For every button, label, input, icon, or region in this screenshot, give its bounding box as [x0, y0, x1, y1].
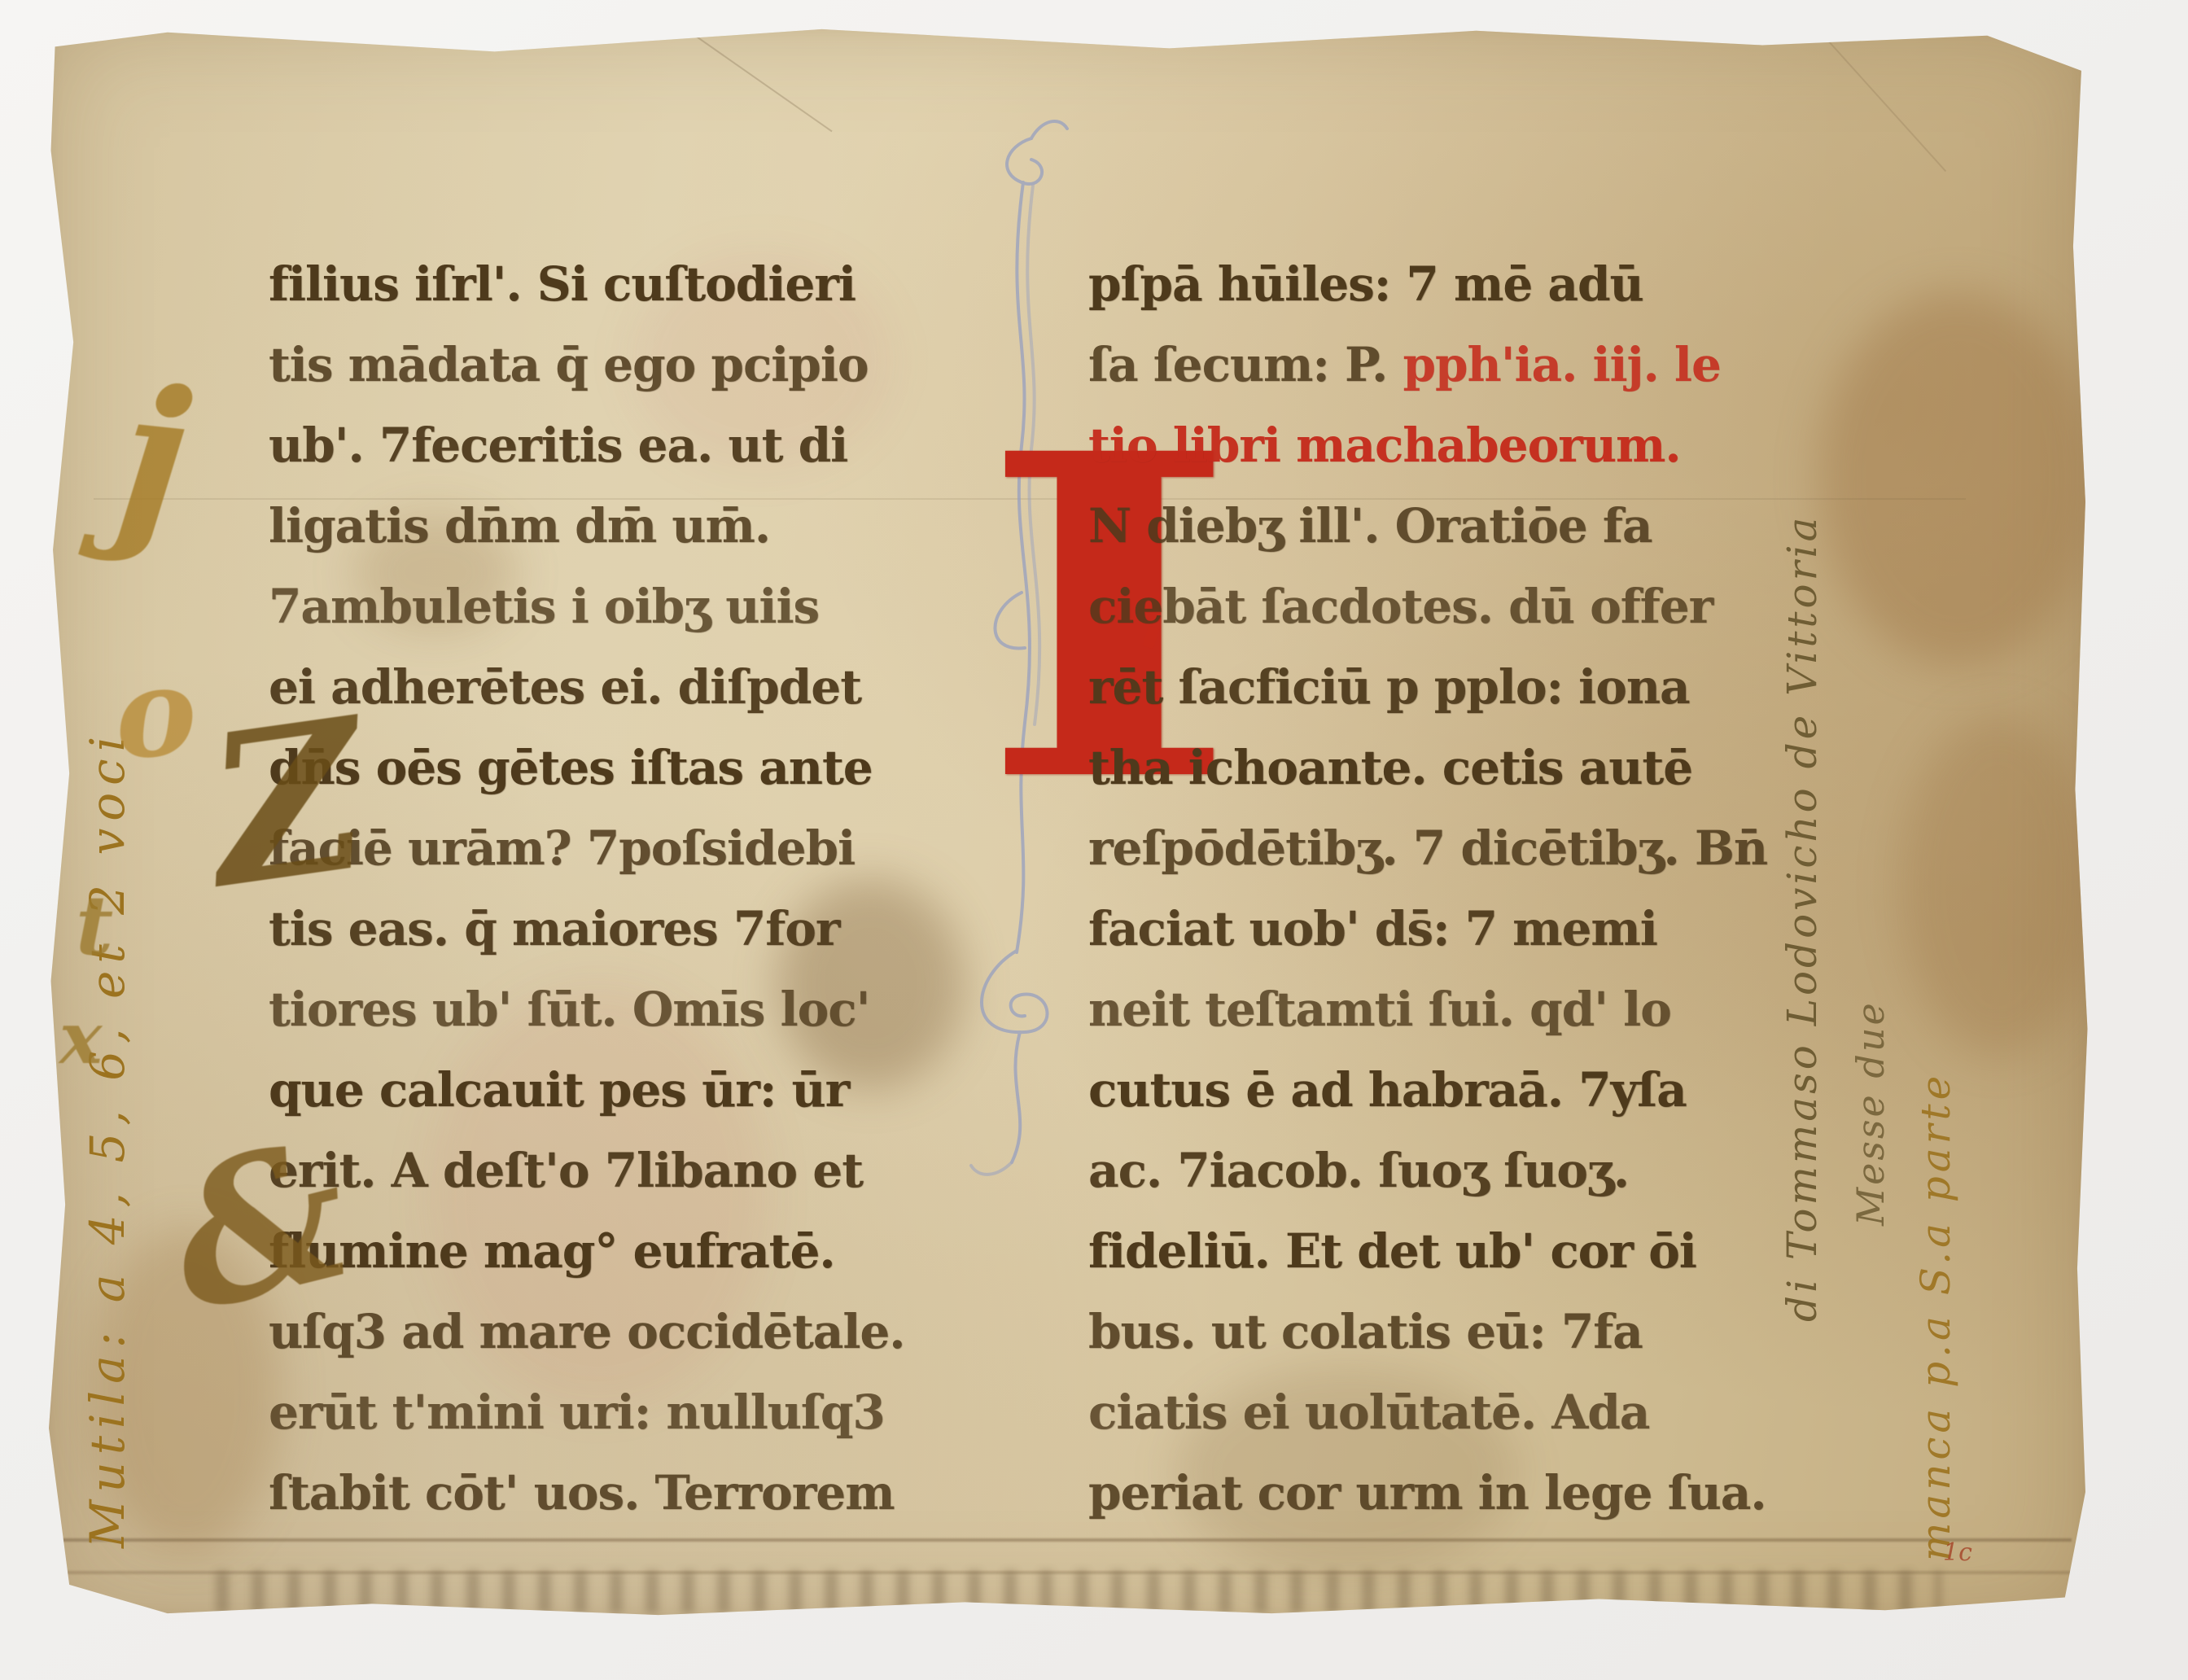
body-text: faciat uob' ds̄: 7 memi: [1088, 901, 1657, 956]
manuscript-leaf: I filius iſrl'. Si cuſtodieritis mādata …: [45, 23, 2090, 1620]
manuscript-line: 7ambuletis i oibʒ uiis: [269, 567, 985, 647]
manuscript-line: ligatis dn̄m dm̄ um̄.: [269, 486, 985, 567]
manuscript-line: ſa ſecum: P. pph'ia. iij. le: [1088, 325, 1862, 405]
pen-trial-squiggle: o: [110, 639, 201, 788]
crease-line: [551, 0, 832, 132]
body-text: neit teſtamti ſui. qd' lo: [1088, 982, 1671, 1037]
manuscript-line: ciatis ei uolūtatē. Ada: [1088, 1372, 1862, 1453]
body-text: ſa ſecum: P.: [1088, 337, 1387, 392]
rubric-text: tio libri machabeorum.: [1088, 418, 1681, 473]
manuscript-line: periat cor urm in lege ſua.: [1088, 1453, 1862, 1533]
body-text: ciatis ei uolūtatē. Ada: [1088, 1385, 1649, 1440]
body-text: fideliū. Et det ub' cor ōi: [1088, 1223, 1696, 1279]
manuscript-line: tis mādata q̄ ego pcipio: [269, 325, 985, 405]
body-text: tha ichoante. cetis autē: [1088, 740, 1692, 795]
manuscript-line: ciebāt ſacdotes. dū offer: [1088, 567, 1862, 647]
manuscript-line: dn̄s oēs gētes iſtas ante: [269, 728, 985, 808]
text-column-right: pſpā hūiles: 7 mē adūſa ſecum: P. pph'ia…: [1088, 244, 1862, 1533]
manuscript-line: N diebʒ ill'. Oratiōe fa: [1088, 486, 1862, 567]
corner-shelfmark: 1c: [1943, 1538, 1972, 1567]
manuscript-line: flumine mag° eufratē.: [269, 1211, 985, 1292]
body-text: rēt ſacficiū p pplo: iona: [1088, 659, 1690, 715]
manuscript-line: ei adherētes ei. diſpdet: [269, 647, 985, 728]
body-text: pſpā hūiles: 7 mē adū: [1088, 256, 1643, 312]
pen-trial-squiggle: t: [76, 877, 113, 973]
pen-trial-squiggle: x: [59, 995, 102, 1080]
manuscript-line: erūt t'mini uri: nulluſq3: [269, 1372, 985, 1453]
manuscript-line: ſtabit cōt' uos. Terrorem: [269, 1453, 985, 1533]
body-text: N diebʒ ill'. Oratiōe fa: [1088, 498, 1652, 553]
body-text: bus. ut colatis eū: 7fa: [1088, 1304, 1643, 1359]
scanned-manuscript-page: { "leaf": { "colors": { "ink": "#4e3a1c"…: [0, 0, 2188, 1680]
cropped-text-remnant: [216, 1571, 1941, 1613]
manuscript-line: erit. A deſt'o 7libano et: [269, 1131, 985, 1211]
manuscript-line: rēt ſacficiū p pplo: iona: [1088, 647, 1862, 728]
margin-annotation-right-manca: manca p.a S.a parte: [1910, 715, 1961, 1561]
manuscript-line: tiores ub' ſūt. Omīs loc': [269, 969, 985, 1050]
text-column-left: filius iſrl'. Si cuſtodieritis mādata q̄…: [269, 244, 985, 1533]
body-text: periat cor urm in lege ſua.: [1088, 1465, 1766, 1520]
manuscript-line: tha ichoante. cetis autē: [1088, 728, 1862, 808]
manuscript-line: bus. ut colatis eū: 7fa: [1088, 1292, 1862, 1372]
manuscript-line: que calcauit pes ūr: ūr: [269, 1050, 985, 1131]
manuscript-line: faciat uob' ds̄: 7 memi: [1088, 889, 1862, 969]
manuscript-line: cutus ē ad habraā. 7yſa: [1088, 1050, 1862, 1131]
manuscript-line: reſpōdētibʒ. 7 dicētibʒ. Bn̄: [1088, 808, 1862, 889]
body-text: reſpōdētibʒ. 7 dicētibʒ. Bn̄: [1088, 820, 1767, 876]
manuscript-line: tio libri machabeorum.: [1088, 405, 1862, 486]
body-text: ac. 7iacob. ſuoʒ ſuoʒ.: [1088, 1143, 1629, 1198]
manuscript-line: uſq3 ad mare occidētale.: [269, 1292, 985, 1372]
rubric-text: pph'ia. iij. le: [1387, 337, 1721, 392]
margin-annotation-right-masses: Messe due: [1846, 868, 1895, 1226]
margin-annotation-right-owner: di Tommaso Lodovicho de Vittoria: [1777, 77, 1827, 1322]
manuscript-line: pſpā hūiles: 7 mē adū: [1088, 244, 1862, 325]
manuscript-line: neit teſtamti ſui. qd' lo: [1088, 969, 1862, 1050]
manuscript-line: ac. 7iacob. ſuoʒ ſuoʒ.: [1088, 1131, 1862, 1211]
body-text: cutus ē ad habraā. 7yſa: [1088, 1062, 1687, 1118]
manuscript-line: filius iſrl'. Si cuſtodieri: [269, 244, 985, 325]
body-text: ciebāt ſacdotes. dū offer: [1088, 579, 1713, 634]
manuscript-line: fideliū. Et det ub' cor ōi: [1088, 1211, 1862, 1292]
fold-line: [53, 1538, 2072, 1542]
manuscript-line: ub'. 7feceritis ea. ut di: [269, 405, 985, 486]
manuscript-line: faciē urām? 7poſsidebi: [269, 808, 985, 889]
